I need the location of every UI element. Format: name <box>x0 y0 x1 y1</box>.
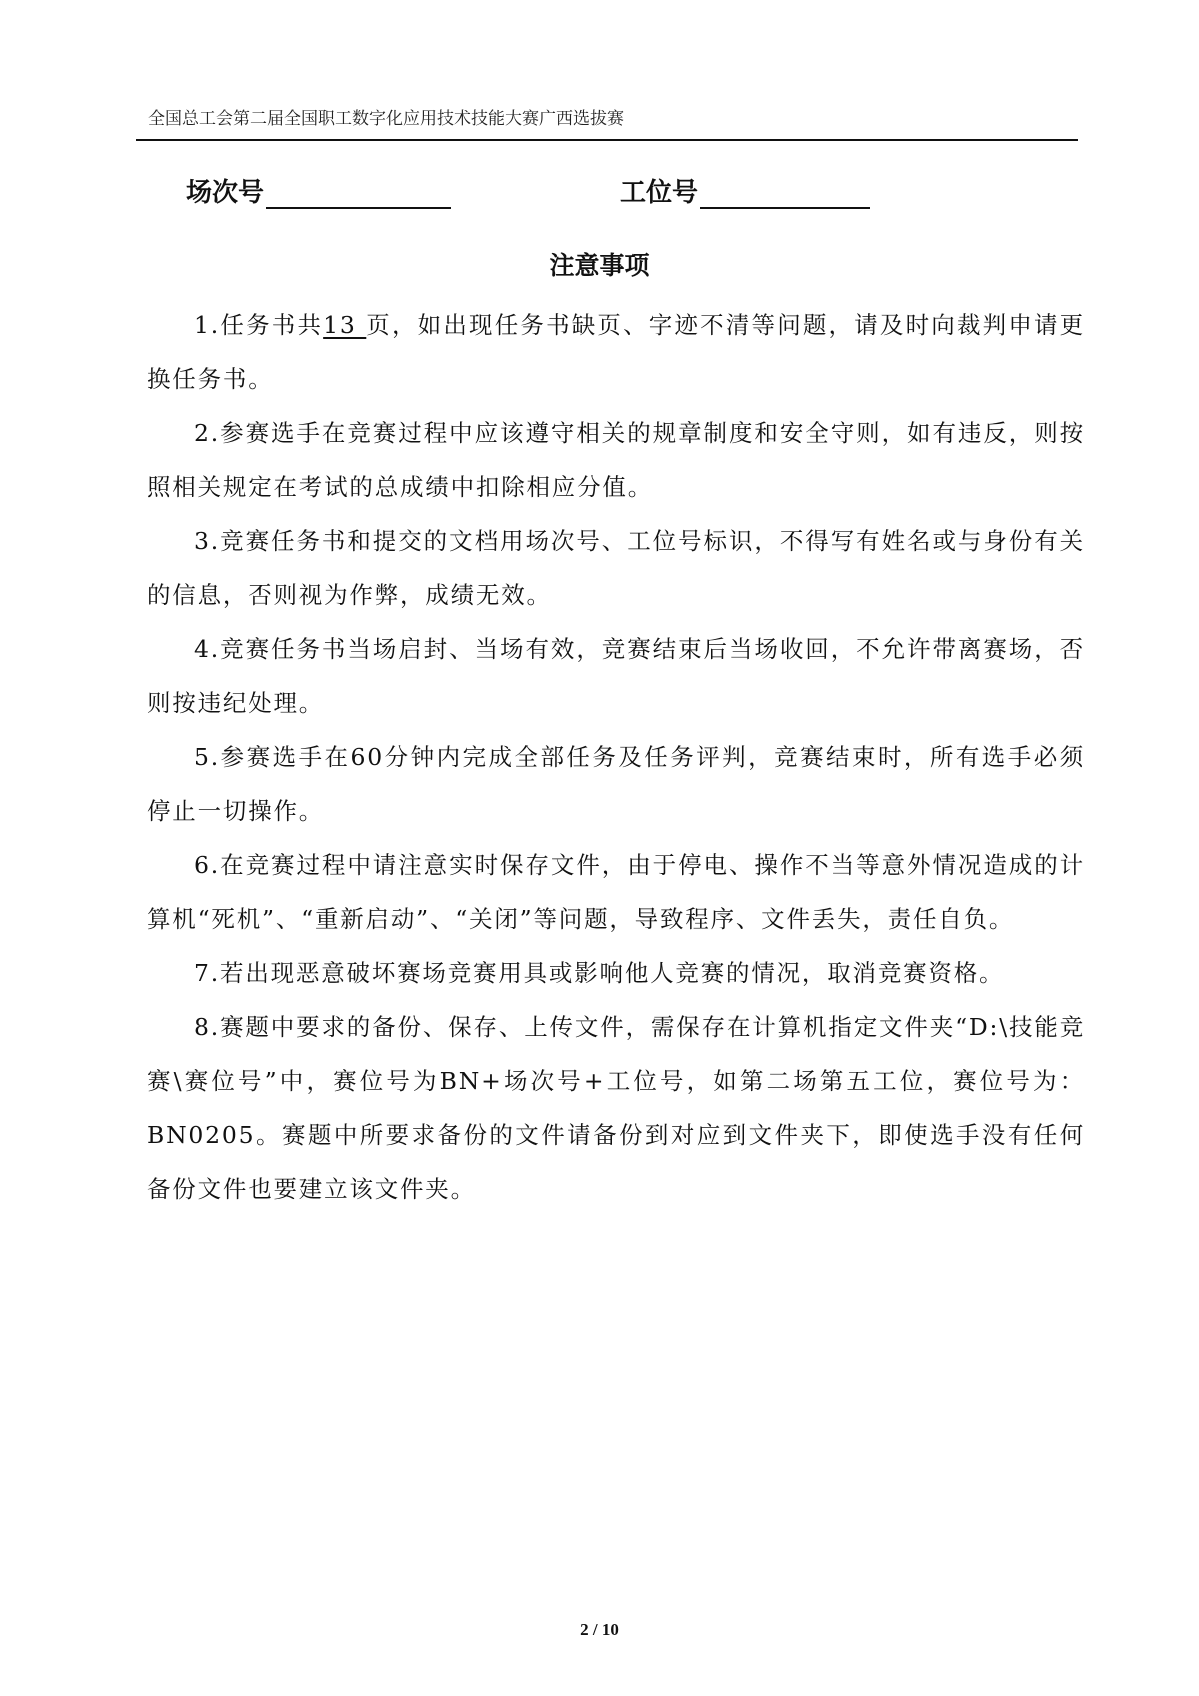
document-header: 全国总工会第二届全国职工数字化应用技术技能大赛广西选拔赛 <box>148 104 624 129</box>
session-number-field: 场次号 <box>186 172 451 209</box>
page-count-value: 13 <box>323 311 366 339</box>
page-number: 2 / 10 <box>0 1620 1199 1640</box>
notice-item-4: 4.竞赛任务书当场启封、当场有效，竞赛结束后当场收回，不允许带离赛场，否则按违纪… <box>147 622 1085 730</box>
notice-item-5: 5.参赛选手在60分钟内完成全部任务及任务评判，竞赛结束时，所有选手必须停止一切… <box>147 730 1085 838</box>
identification-fields: 场次号 工位号 <box>0 172 1199 212</box>
station-number-field: 工位号 <box>620 172 870 209</box>
notice-item-3: 3.竞赛任务书和提交的文档用场次号、工位号标识，不得写有姓名或与身份有关的信息，… <box>147 514 1085 622</box>
session-number-blank[interactable] <box>266 179 451 209</box>
notice-item-8: 8.赛题中要求的备份、保存、上传文件，需保存在计算机指定文件夹“D:\技能竞赛\… <box>147 1000 1085 1216</box>
notice-title: 注意事项 <box>0 246 1199 282</box>
notice-list: 1.任务书共13 页，如出现任务书缺页、字迹不清等问题，请及时向裁判申请更换任务… <box>147 298 1085 1216</box>
header-divider <box>136 139 1078 141</box>
notice-item-1-prefix: 1.任务书共 <box>194 311 323 339</box>
station-number-blank[interactable] <box>700 179 870 209</box>
notice-item-6: 6.在竞赛过程中请注意实时保存文件，由于停电、操作不当等意外情况造成的计算机“死… <box>147 838 1085 946</box>
notice-item-2: 2.参赛选手在竞赛过程中应该遵守相关的规章制度和安全守则，如有违反，则按照相关规… <box>147 406 1085 514</box>
station-number-label: 工位号 <box>620 172 698 209</box>
session-number-label: 场次号 <box>186 172 264 209</box>
notice-item-1: 1.任务书共13 页，如出现任务书缺页、字迹不清等问题，请及时向裁判申请更换任务… <box>147 298 1085 406</box>
notice-item-7: 7.若出现恶意破坏赛场竞赛用具或影响他人竞赛的情况，取消竞赛资格。 <box>147 946 1085 1000</box>
